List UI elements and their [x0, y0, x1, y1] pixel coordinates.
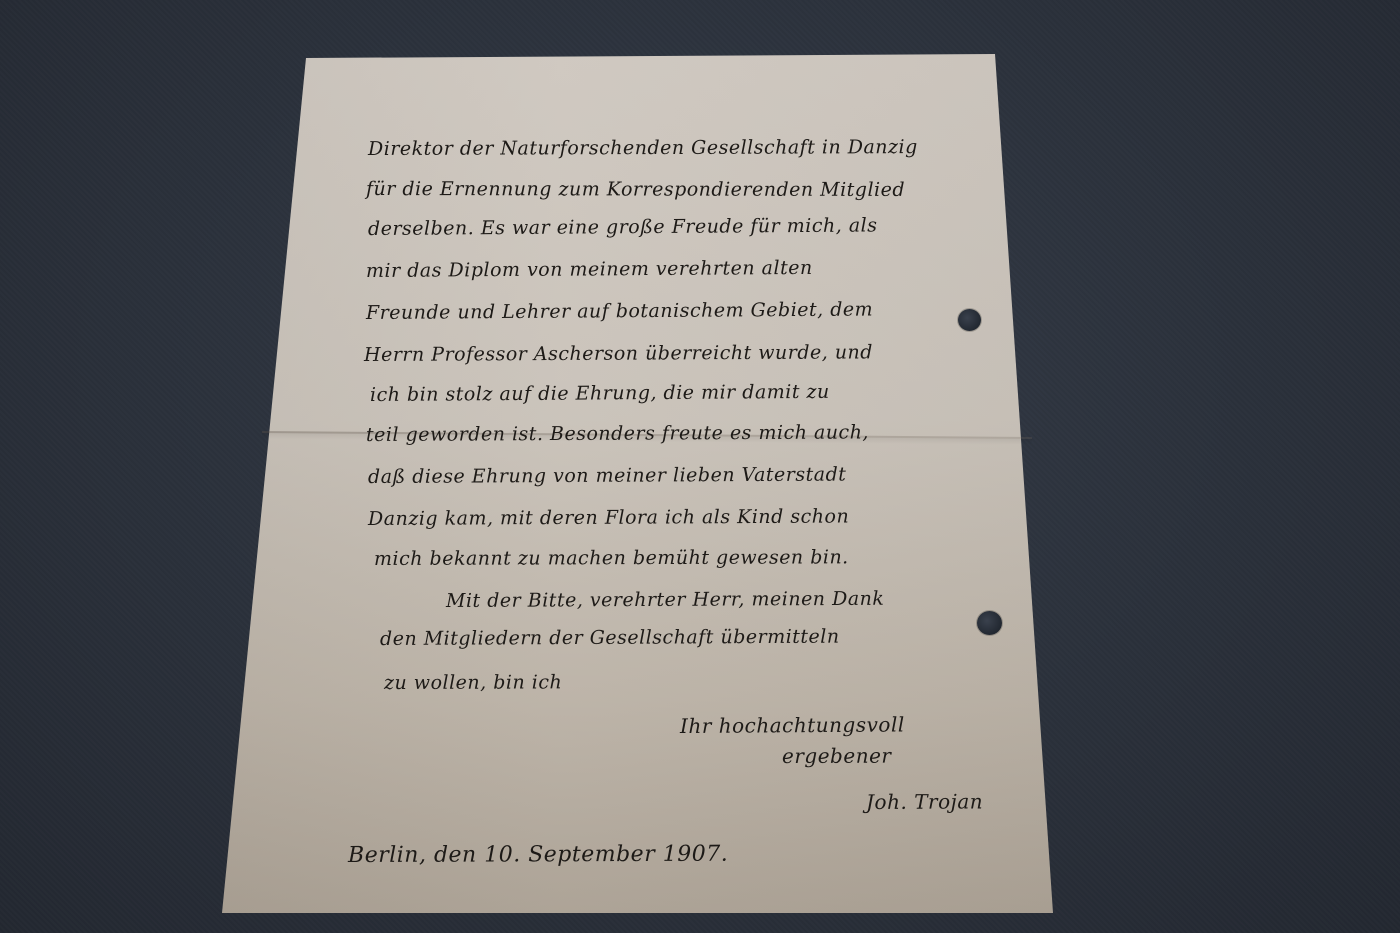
letter-line: Direktor der Naturforschenden Gesellscha… — [368, 136, 918, 160]
place-and-date: Berlin, den 10. September 1907. — [348, 842, 728, 868]
signature: Joh. Trojan — [866, 789, 983, 814]
letter-line: den Mitgliedern der Gesellschaft übermit… — [380, 626, 840, 650]
letter-line: mich bekannt zu machen bemüht gewesen bi… — [374, 546, 849, 570]
letter-line: Mit der Bitte, verehrter Herr, meinen Da… — [446, 588, 884, 612]
letter-line: Danzig kam, mit deren Flora ich als Kind… — [368, 505, 849, 530]
letter-line: derselben. Es war eine große Freude für … — [368, 214, 878, 240]
letter-line: für die Ernennung zum Korrespondierenden… — [366, 178, 905, 201]
letter-line: Herrn Professor Ascherson überreicht wur… — [364, 341, 873, 366]
letter-line: teil geworden ist. Besonders freute es m… — [366, 421, 869, 446]
letter-line: mir das Diplom von meinem verehrten alte… — [366, 257, 813, 282]
letter-line: ich bin stolz auf die Ehrung, die mir da… — [370, 381, 830, 406]
letter-line: daß diese Ehrung von meiner lieben Vater… — [368, 463, 846, 488]
closing-line: Ihr hochachtungsvoll — [680, 712, 905, 738]
punch-hole-upper — [958, 309, 981, 331]
letter-line: zu wollen, bin ich — [384, 671, 562, 694]
punch-hole-lower — [977, 611, 1002, 635]
closing-line: ergebener — [782, 744, 892, 768]
letter-line: Freunde und Lehrer auf botanischem Gebie… — [366, 298, 873, 324]
